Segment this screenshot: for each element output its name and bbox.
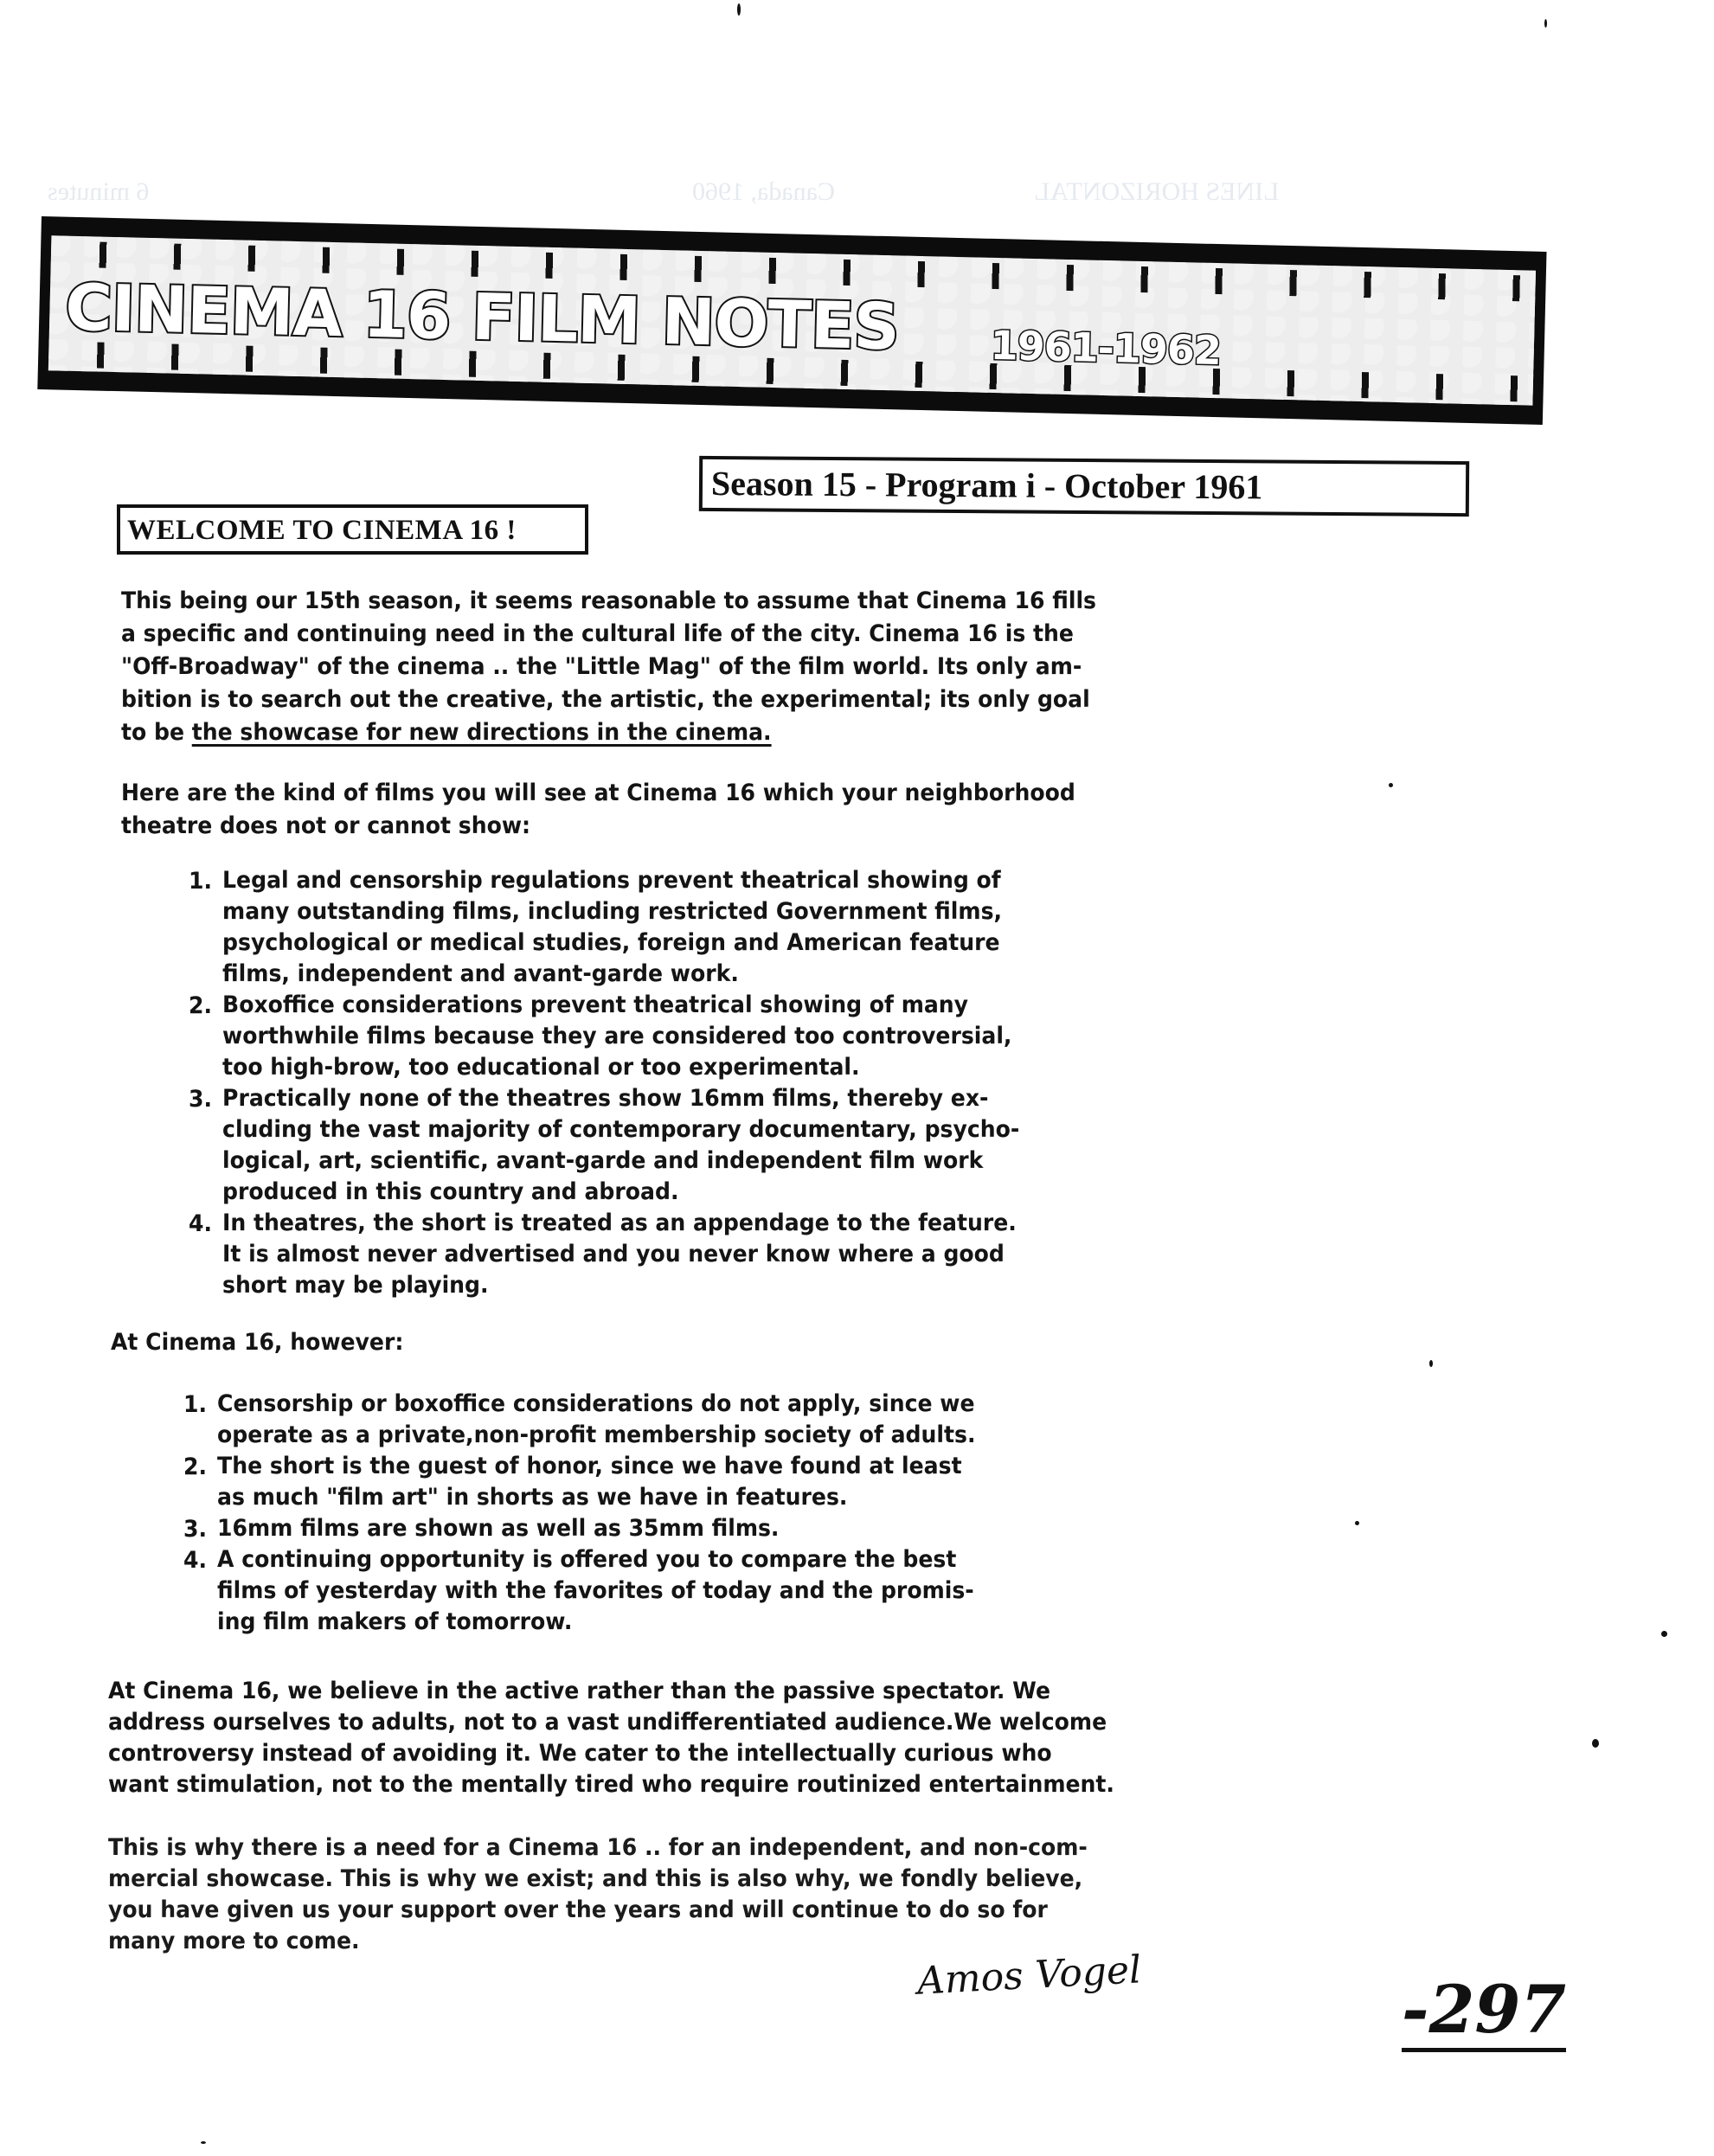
program-label: Season 15 - Program i - October 1961: [711, 464, 1263, 506]
scan-speck: [1429, 1360, 1433, 1367]
bleed-through-header-left: LINES HORIZONTAL: [1034, 177, 1279, 207]
however-heading-text: At Cinema 16, however:: [111, 1326, 403, 1359]
item-number: 1.: [189, 865, 212, 898]
banner-years: 1961-1962: [990, 322, 1221, 374]
item-line: films of yesterday with the favorites of…: [217, 1575, 975, 1607]
scan-speck: [1389, 783, 1393, 787]
item-line: It is almost never advertised and you ne…: [222, 1239, 1019, 1270]
item-line: Censorship or boxoffice considerations d…: [217, 1389, 975, 1420]
belief-line: At Cinema 16, we believe in the active r…: [108, 1676, 1114, 1707]
scan-speck: [1544, 19, 1547, 28]
however-list: 1. Censorship or boxoffice consideration…: [183, 1389, 976, 1638]
kinds-list: 1. Legal and censorship regulations prev…: [189, 865, 1019, 1301]
closing-line: many more to come.: [108, 1926, 1088, 1957]
closing-line: mercial showcase. This is why we exist; …: [108, 1864, 1088, 1895]
however-list-item: 3. 16mm films are shown as well as 35mm …: [183, 1513, 976, 1544]
intro-line: bition is to search out the creative, th…: [121, 683, 1096, 716]
item-line: 16mm films are shown as well as 35mm fil…: [217, 1513, 975, 1544]
page-number-text: -297: [1402, 1971, 1566, 2052]
item-line: Legal and censorship regulations prevent…: [222, 865, 1019, 896]
scan-speck: [737, 3, 741, 16]
item-line: many outstanding films, including restri…: [222, 896, 1019, 927]
intro-paragraph: This being our 15th season, it seems rea…: [121, 585, 1096, 749]
however-list-item: 4. A continuing opportunity is offered y…: [183, 1544, 976, 1638]
kinds-list-item: 2. Boxoffice considerations prevent thea…: [189, 990, 1019, 1083]
item-line: cluding the vast majority of contemporar…: [222, 1114, 1019, 1145]
item-line: The short is the guest of honor, since w…: [217, 1451, 975, 1482]
welcome-heading-box: WELCOME TO CINEMA 16 !: [117, 504, 588, 555]
closing-paragraph: This is why there is a need for a Cinema…: [108, 1832, 1088, 1957]
kinds-intro-line: theatre does not or cannot show:: [121, 810, 1075, 843]
item-number: 2.: [183, 1451, 207, 1484]
item-line: as much "film art" in shorts as we have …: [217, 1482, 975, 1513]
belief-line: controversy instead of avoiding it. We c…: [108, 1738, 1114, 1769]
item-line: short may be playing.: [222, 1270, 1019, 1301]
however-heading: At Cinema 16, however:: [111, 1326, 403, 1359]
item-number: 2.: [189, 990, 212, 1023]
scan-speck: [1661, 1631, 1667, 1637]
intro-line: to be the showcase for new directions in…: [121, 716, 1096, 749]
item-number: 3.: [189, 1083, 212, 1116]
kinds-list-item: 4. In theatres, the short is treated as …: [189, 1208, 1019, 1301]
belief-line: want stimulation, not to the mentally ti…: [108, 1769, 1114, 1800]
program-label-box: Season 15 - Program i - October 1961: [699, 456, 1469, 517]
item-number: 1.: [183, 1389, 207, 1421]
film-notes-banner: CINEMA 16 FILM NOTES 1961-1962: [37, 216, 1546, 425]
scan-speck: [1355, 1521, 1359, 1525]
however-list-item: 1. Censorship or boxoffice consideration…: [183, 1389, 976, 1451]
however-list-item: 2. The short is the guest of honor, sinc…: [183, 1451, 976, 1513]
scan-speck: [1592, 1739, 1599, 1748]
kinds-list-item: 1. Legal and censorship regulations prev…: [189, 865, 1019, 990]
item-line: films, independent and avant-garde work.: [222, 959, 1019, 990]
showcase-emphasis: the showcase for new directions in the c…: [192, 719, 772, 746]
item-line: Boxoffice considerations prevent theatri…: [222, 990, 1019, 1021]
intro-line: a specific and continuing need in the cu…: [121, 618, 1096, 651]
item-line: psychological or medical studies, foreig…: [222, 927, 1019, 959]
item-line: A continuing opportunity is offered you …: [217, 1544, 975, 1575]
item-line: worthwhile films because they are consid…: [222, 1021, 1019, 1052]
belief-line: address ourselves to adults, not to a va…: [108, 1707, 1114, 1738]
intro-line: This being our 15th season, it seems rea…: [121, 585, 1096, 618]
kinds-list-item: 3. Practically none of the theatres show…: [189, 1083, 1019, 1208]
item-line: produced in this country and abroad.: [222, 1177, 1019, 1208]
bleed-through-header-right: 6 minutes: [48, 177, 150, 207]
item-number: 4.: [183, 1544, 207, 1577]
item-line: ing film makers of tomorrow.: [217, 1607, 975, 1638]
item-line: In theatres, the short is treated as an …: [222, 1208, 1019, 1239]
bleed-through-header-mid: Canada, 1960: [692, 177, 835, 207]
item-line: logical, art, scientific, avant-garde an…: [222, 1145, 1019, 1177]
kinds-intro-line: Here are the kind of films you will see …: [121, 777, 1075, 810]
item-number: 3.: [183, 1513, 207, 1546]
kinds-intro: Here are the kind of films you will see …: [121, 777, 1075, 843]
item-line: Practically none of the theatres show 16…: [222, 1083, 1019, 1114]
intro-line-prefix: to be: [121, 719, 192, 746]
closing-line: you have given us your support over the …: [108, 1895, 1088, 1926]
item-number: 4.: [189, 1208, 212, 1241]
closing-line: This is why there is a need for a Cinema…: [108, 1832, 1088, 1864]
item-line: too high-brow, too educational or too ex…: [222, 1052, 1019, 1083]
handwritten-page-number: -297: [1402, 1971, 1566, 2048]
scan-speck: [201, 2141, 206, 2144]
belief-paragraph: At Cinema 16, we believe in the active r…: [108, 1676, 1114, 1800]
welcome-heading: WELCOME TO CINEMA 16 !: [127, 515, 517, 546]
intro-line: "Off-Broadway" of the cinema .. the "Lit…: [121, 651, 1096, 683]
item-line: operate as a private,non-profit membersh…: [217, 1420, 975, 1451]
